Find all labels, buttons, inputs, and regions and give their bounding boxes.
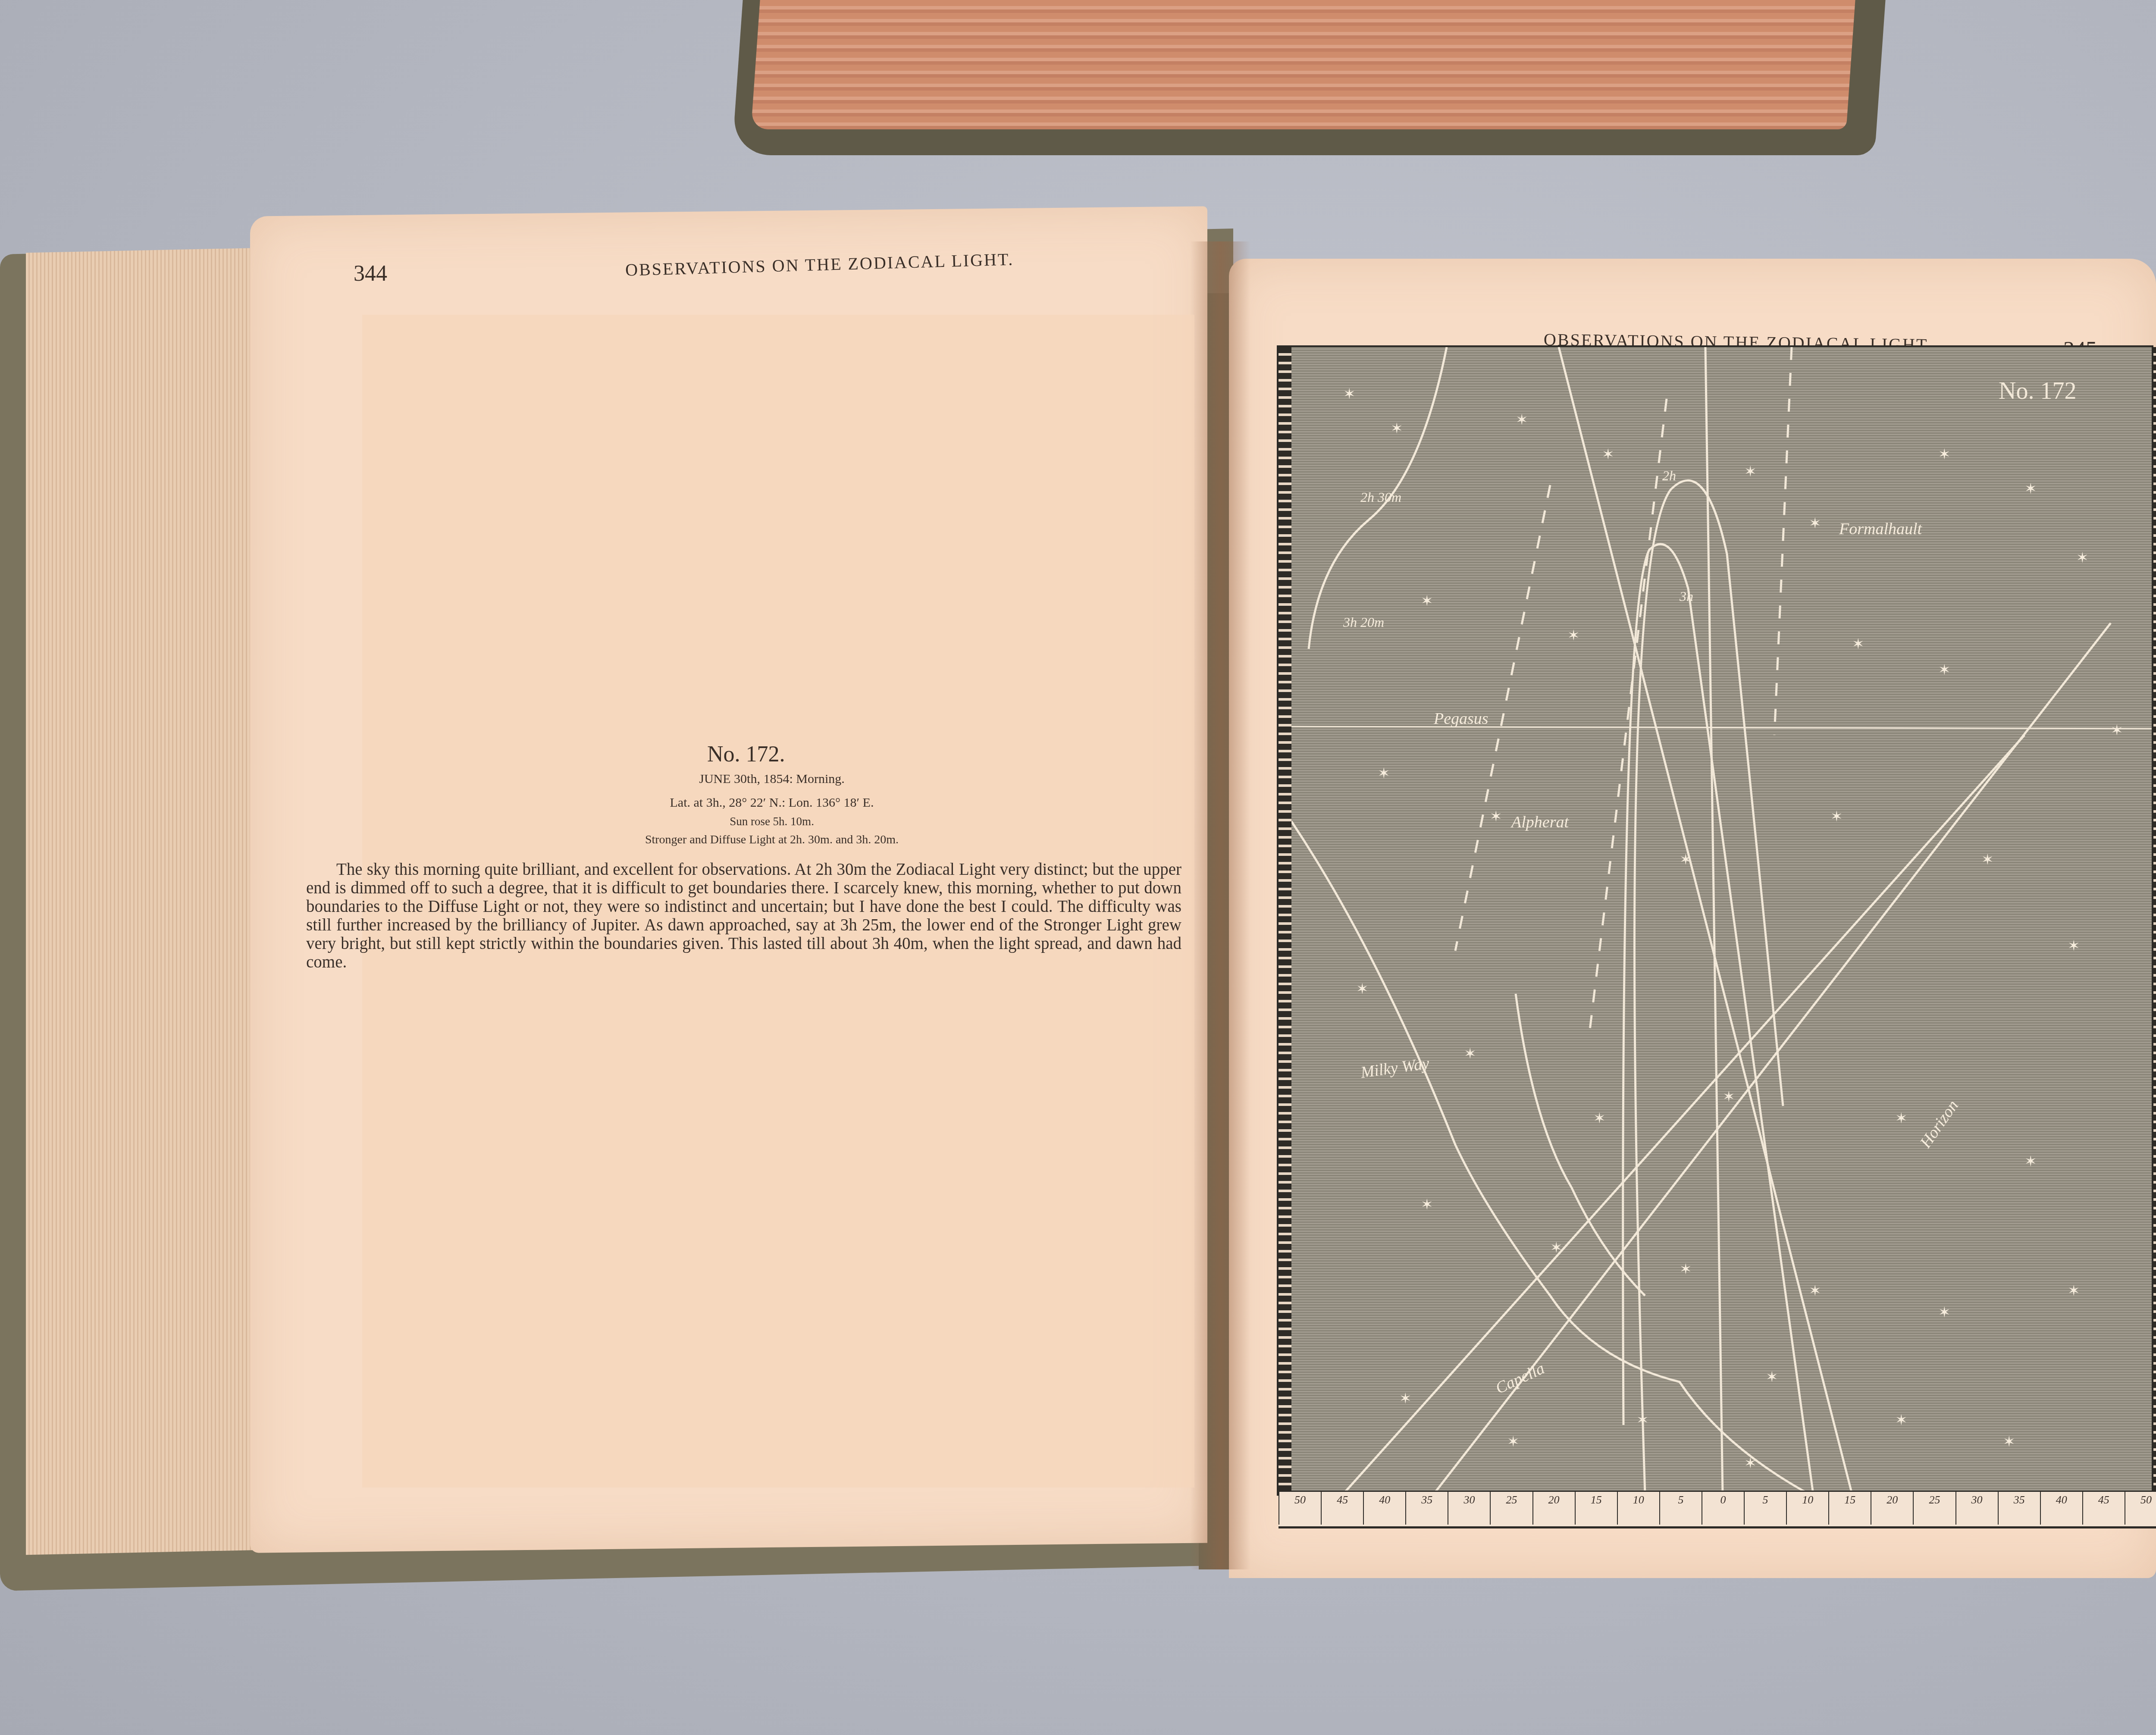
svg-text:✶: ✶ [1356,980,1369,998]
scale-tick: 40 [1363,1492,1405,1525]
svg-text:✶: ✶ [1723,1088,1735,1106]
scale-tick: 50 [1279,1492,1321,1525]
svg-text:✶: ✶ [1938,1304,1951,1321]
svg-text:✶: ✶ [1680,1261,1692,1278]
svg-text:✶: ✶ [2111,722,2123,739]
chart-plate-number: No. 172 [1999,377,2076,405]
svg-text:✶: ✶ [2076,549,2089,567]
left-page-number: 344 [354,261,387,286]
svg-text:✶: ✶ [1852,636,1865,653]
label-pegasus: Pegasus [1434,709,1489,728]
scale-tick: 20 [1532,1492,1575,1525]
svg-text:✶: ✶ [1809,515,1821,532]
svg-text:✶: ✶ [1830,808,1843,825]
entry-light-times: Stronger and Diffuse Light at 2h. 30m. a… [535,833,1009,847]
scale-tick: 10 [1786,1492,1828,1525]
scale-tick: 30 [1448,1492,1490,1525]
closed-book-page-edges [751,0,1855,129]
chart-bottom-scale: 50 45 40 35 30 25 20 15 10 5 0 5 10 15 2… [1279,1491,2156,1528]
svg-text:✶: ✶ [1895,1110,1908,1127]
svg-text:✶: ✶ [2024,480,2037,498]
label-time-3h: 3h [1680,589,1693,604]
zodiacal-light-star-chart: ✶✶✶ ✶✶✶ ✶✶✶ ✶✶✶ ✶✶✶ ✶✶✶ ✶✶✶ ✶✶✶ ✶✶✶ ✶✶✶ … [1279,347,2152,1494]
svg-text:✶: ✶ [1593,1110,1606,1127]
scale-tick: 15 [1575,1492,1617,1525]
scale-tick: 5 [1744,1492,1786,1525]
page-stack-left [26,247,285,1555]
scale-tick: 50 [2125,1492,2156,1525]
svg-text:✶: ✶ [1550,1239,1563,1256]
svg-text:✶: ✶ [1938,446,1951,463]
svg-text:✶: ✶ [1680,851,1692,868]
entry-date: JUNE 30th, 1854: Morning. [535,772,1009,786]
entry-sunrise: Sun rose 5h. 10m. [535,815,1009,828]
svg-text:✶: ✶ [1421,1196,1433,1213]
label-alpherat: Alpherat [1511,813,1569,832]
svg-text:✶: ✶ [1516,411,1528,429]
scale-tick: 35 [1405,1492,1448,1525]
svg-text:✶: ✶ [1636,1412,1649,1429]
scale-tick: 35 [1998,1492,2040,1525]
scale-tick: 25 [1490,1492,1532,1525]
scale-tick: 25 [1913,1492,1955,1525]
svg-text:✶: ✶ [1744,1455,1757,1472]
svg-text:✶: ✶ [1895,1412,1908,1429]
svg-text:✶: ✶ [2068,1282,2080,1300]
svg-text:✶: ✶ [2003,1433,2015,1450]
chart-lines: ✶✶✶ ✶✶✶ ✶✶✶ ✶✶✶ ✶✶✶ ✶✶✶ ✶✶✶ ✶✶✶ ✶✶✶ ✶✶✶ … [1291,347,2152,1494]
entry-title: No. 172. [707,742,785,767]
svg-text:✶: ✶ [1981,851,1994,868]
entry-position: Lat. at 3h., 28° 22′ N.: Lon. 136° 18′ E… [535,795,1009,810]
svg-text:✶: ✶ [1421,592,1433,610]
scale-tick: 15 [1828,1492,1871,1525]
chart-right-scale [2153,347,2156,1494]
scale-tick: 5 [1659,1492,1702,1525]
svg-text:✶: ✶ [1399,1390,1412,1407]
svg-text:✶: ✶ [1507,1433,1520,1450]
label-formalhault: Formalhault [1839,520,1922,539]
scale-tick: 10 [1617,1492,1659,1525]
label-time-3h20m: 3h 20m [1343,614,1384,630]
svg-text:✶: ✶ [1567,627,1580,644]
entry-body-text: The sky this morning quite brilliant, an… [306,860,1181,971]
svg-text:✶: ✶ [1602,446,1614,463]
label-time-2h: 2h [1662,468,1676,484]
svg-text:✶: ✶ [1391,420,1403,437]
scale-tick: 45 [2082,1492,2125,1525]
svg-text:✶: ✶ [1490,808,1502,825]
svg-text:✶: ✶ [2068,937,2080,955]
label-time-2h30m: 2h 30m [1360,489,1401,505]
svg-text:✶: ✶ [1343,385,1356,403]
scale-tick: 0 [1702,1492,1744,1525]
svg-text:✶: ✶ [1744,463,1757,480]
scale-tick: 20 [1871,1492,1913,1525]
svg-text:✶: ✶ [2024,1153,2037,1170]
svg-text:✶: ✶ [1766,1369,1778,1386]
book-gutter [1190,241,1250,1569]
svg-text:✶: ✶ [1464,1045,1476,1062]
scale-tick: 30 [1955,1492,1998,1525]
svg-text:✶: ✶ [1378,765,1390,782]
svg-text:✶: ✶ [1938,661,1951,679]
scale-tick: 40 [2040,1492,2082,1525]
scale-tick: 45 [1321,1492,1363,1525]
closed-book [732,0,1885,155]
svg-text:✶: ✶ [1809,1282,1821,1300]
